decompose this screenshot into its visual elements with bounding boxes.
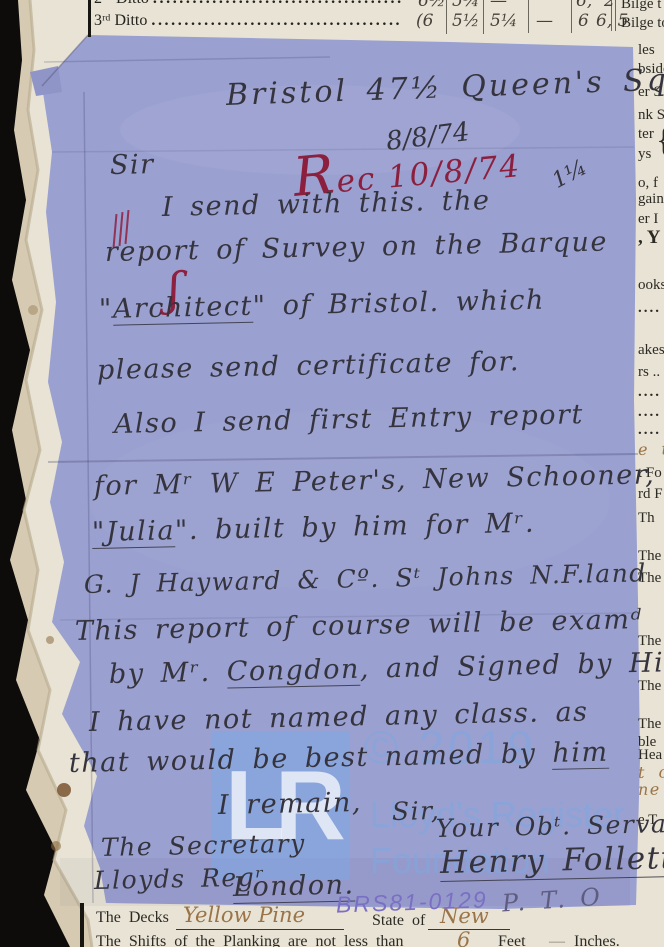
table-cell-value: 2 bbox=[604, 0, 615, 11]
form-rule bbox=[176, 929, 344, 930]
table-column-line bbox=[446, 0, 447, 34]
form-edge-fragment: Bilge to bbox=[621, 15, 664, 32]
form-edge-fragment: Bilge t bbox=[621, 0, 661, 13]
stain bbox=[51, 841, 61, 851]
table-cell-value: 5¾ bbox=[452, 0, 479, 11]
form-edge-fragment: ne bbox=[638, 780, 661, 799]
form-edge-fragment: gain bbox=[638, 191, 664, 208]
table-column-line bbox=[571, 0, 572, 33]
scanned-document: 2ⁿᵈ Ditto ..............................… bbox=[0, 0, 664, 947]
line-text: " bbox=[92, 517, 107, 549]
dash: — bbox=[549, 933, 565, 947]
form-edge-fragment: .... bbox=[638, 384, 661, 401]
row-label-text: 2ⁿᵈ Ditto bbox=[94, 0, 153, 7]
form-edge-fragment: The bbox=[638, 678, 661, 695]
table-row-label: 3ʳᵈ Ditto ..............................… bbox=[94, 12, 402, 30]
form-edge-fragment: Hea bbox=[638, 747, 662, 764]
inches-label: Inches. bbox=[574, 933, 620, 947]
decks-value-handwritten: Yellow Pine bbox=[183, 903, 305, 927]
underlined-text: Architect bbox=[113, 291, 253, 326]
table-cell-value: 5¼ bbox=[490, 11, 517, 31]
stain bbox=[28, 305, 38, 315]
form-edge-fragment: e to bbox=[638, 439, 664, 459]
signature: Henry Follett bbox=[440, 840, 664, 881]
table-column-line bbox=[483, 0, 484, 34]
table-cell-value: — bbox=[490, 0, 507, 11]
form-edge-fragment: { bbox=[656, 122, 664, 160]
shifts-text: The Shifts of the Planking are not less … bbox=[96, 933, 404, 947]
underlined-text: him bbox=[552, 737, 609, 770]
underlined-text: Congdon bbox=[226, 654, 360, 689]
line-text: " of Bristol. which bbox=[252, 285, 545, 322]
form-edge-fragment: ys bbox=[638, 146, 651, 163]
signature-text: Henry Follett bbox=[440, 840, 664, 882]
dot-leader: ...................................... bbox=[153, 0, 404, 7]
dot-leader: ...................................... bbox=[151, 12, 402, 29]
table-cell-value: 6, bbox=[576, 0, 592, 11]
form-edge-fragment: rs .. bbox=[638, 364, 660, 381]
table-cell-value: 6½ bbox=[418, 0, 445, 11]
salutation: Sir bbox=[110, 149, 155, 181]
form-edge-fragment: .... bbox=[638, 422, 661, 439]
table-cell-value: — bbox=[536, 11, 553, 31]
form-edge-fragment: .... bbox=[638, 300, 661, 317]
form-edge-fragment: ooks bbox=[638, 277, 664, 294]
table-cell-value: 5½ bbox=[452, 11, 479, 31]
form-edge-fragment: akes bbox=[638, 342, 664, 359]
shifts-value-handwritten: 6 bbox=[457, 928, 470, 947]
closing-remain: I remain, bbox=[218, 787, 363, 821]
form-edge-fragment: The bbox=[638, 716, 661, 733]
table-left-border bbox=[88, 0, 91, 37]
table-cell-value: (6 bbox=[416, 11, 433, 31]
table-cell-value: 6 bbox=[578, 11, 589, 31]
addressee-line: The Secretary bbox=[101, 829, 306, 862]
form-edge-fragment: , Y bbox=[638, 227, 661, 249]
underlined-text: Julia bbox=[106, 515, 176, 548]
form-edge-fragment: ter bbox=[638, 126, 654, 143]
form-edge-fragment: o, f bbox=[638, 175, 658, 192]
line-text: , and Signed by Him, bbox=[359, 647, 664, 685]
form-edge-fragment: .... bbox=[638, 404, 661, 421]
line-text: " bbox=[99, 294, 114, 325]
archive-reference: BRS81-0129 bbox=[336, 886, 489, 918]
table-column-line bbox=[528, 0, 529, 33]
row-label-text: 3ʳᵈ Ditto bbox=[94, 12, 151, 29]
decks-label: The Decks bbox=[96, 909, 169, 927]
stain bbox=[46, 636, 54, 644]
form-edge-fragment: Th bbox=[638, 510, 655, 527]
stain bbox=[57, 783, 71, 797]
closing-servant: Your Obᵗ. Servant bbox=[436, 809, 664, 843]
form-edge-fragment: er I bbox=[638, 211, 658, 228]
table-left-border bbox=[80, 903, 84, 947]
feet-label: Feet bbox=[498, 933, 526, 947]
form-edge-fragment: les bbox=[638, 42, 655, 59]
table-row-label: 2ⁿᵈ Ditto ..............................… bbox=[94, 0, 404, 8]
line-text: by Mʳ. bbox=[109, 657, 227, 690]
closing-sir: Sir, bbox=[392, 796, 441, 826]
